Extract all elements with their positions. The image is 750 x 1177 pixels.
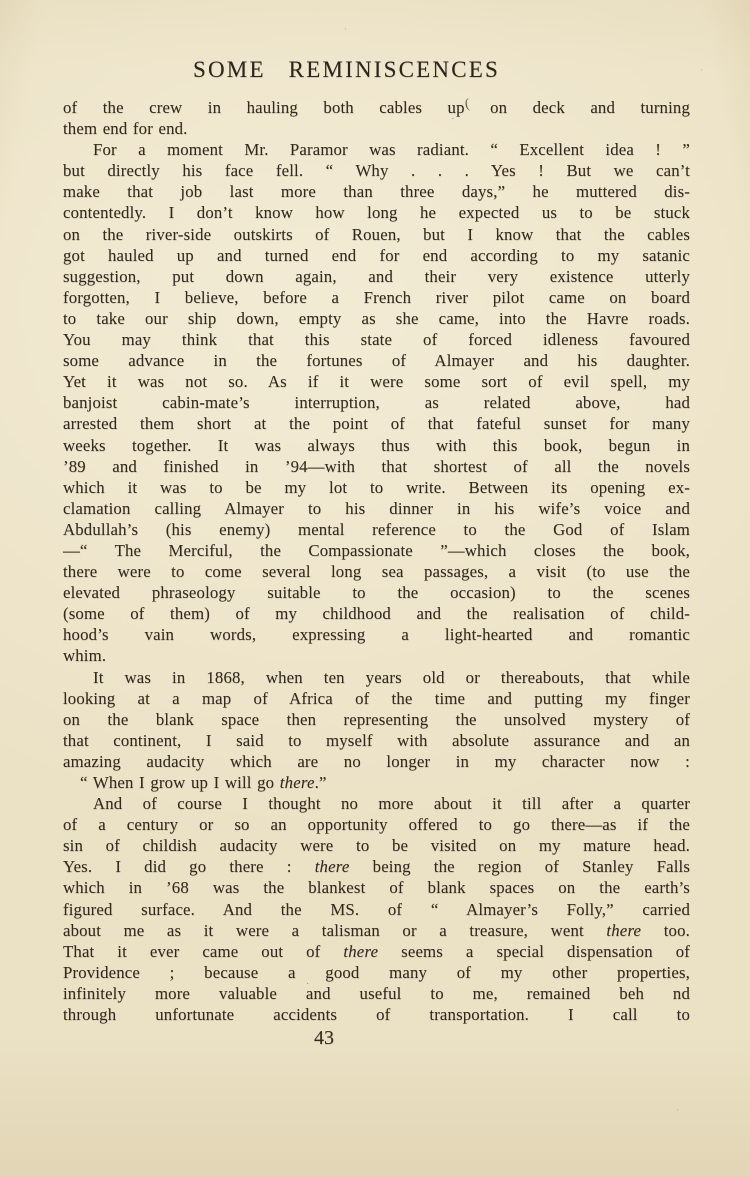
page-number: 43 [306,1027,342,1050]
text-line: through unfortunate accidents of transpo… [63,1004,690,1025]
text-line: which in ’68 was the blankest of blank s… [63,877,690,898]
text-line: clamation calling Almayer to his dinner … [63,498,690,519]
text-line: You may think that this state of forced … [63,329,690,350]
text-line: got hauled up and turned end for end acc… [63,245,690,266]
text-line: some advance in the fortunes of Almayer … [63,350,690,371]
paragraph: It was in 1868, when ten years old or th… [63,667,690,772]
text-line: Yet it was not so. As if it were some so… [63,371,690,392]
text-line: elevated phraseology suitable to the occ… [63,582,690,603]
text-line: there were to come several long sea pass… [63,561,690,582]
text-line: looking at a map of Africa of the time a… [63,688,690,709]
text-line: them end for end. [63,118,690,139]
text-line: ’89 and finished in ’94—with that shorte… [63,456,690,477]
text-line: weeks together. It was always thus with … [63,435,690,456]
text-line: That it ever came out of there seems a s… [63,941,690,962]
text-line: whim. [63,645,690,666]
text-line: infinitely more valuable and useful to m… [63,983,690,1004]
text-line: that continent, I said to myself with ab… [63,730,690,751]
text-line: “ When I grow up I will go there.” [63,772,690,793]
paragraph: “ When I grow up I will go there.” [63,772,690,793]
text-line: of a century or so an opportunity offere… [63,814,690,835]
text-line: It was in 1868, when ten years old or th… [63,667,690,688]
text-line: Abdullah’s (his enemy) mental reference … [63,519,690,540]
text-line: (some of them) of my childhood and the r… [63,603,690,624]
paragraph: And of course I thought no more about it… [63,793,690,1025]
text-line: arrested them short at the point of that… [63,413,690,434]
text-line: sin of childish audacity were to be visi… [63,835,690,856]
body-text: of the crew in hauling both cables up on… [63,97,690,1025]
book-page: SOME REMINISCENCES of the crew in haulin… [0,0,750,1177]
text-line: which it was to be my lot to write. Betw… [63,477,690,498]
text-line: about me as it were a talisman or a trea… [63,920,690,941]
text-line: figured surface. And the MS. of “ Almaye… [63,899,690,920]
text-line: —“ The Merciful, the Compassionate ”—whi… [63,540,690,561]
text-line: make that job last more than three days,… [63,181,690,202]
text-line: forgotten, I believe, before a French ri… [63,287,690,308]
text-line: contentedly. I don’t know how long he ex… [63,202,690,223]
text-line: to take our ship down, empty as she came… [63,308,690,329]
text-line: Providence ; because a good many of my o… [63,962,690,983]
paragraph: For a moment Mr. Paramor was radiant. “ … [63,139,690,666]
paragraph: of the crew in hauling both cables up on… [63,97,690,139]
text-line: And of course I thought no more about it… [63,793,690,814]
text-line: but directly his face fell. “ Why . . . … [63,160,690,181]
text-line: suggestion, put down again, and their ve… [63,266,690,287]
text-line: hood’s vain words, expressing a light-he… [63,624,690,645]
ink-speck: · [344,25,347,34]
text-line: Yes. I did go there : there being the re… [63,856,690,877]
page-header-title: SOME REMINISCENCES [33,57,660,83]
text-line: banjoist cabin-mate’s interruption, as r… [63,392,690,413]
text-line: on the river-side outskirts of Rouen, bu… [63,224,690,245]
text-line: amazing audacity which are no longer in … [63,751,690,772]
text-line: For a moment Mr. Paramor was radiant. “ … [63,139,690,160]
ink-speck: · [676,1106,679,1115]
ink-speck: · [700,66,703,75]
text-line: of the crew in hauling both cables up on… [63,97,690,118]
text-line: on the blank space then representing the… [63,709,690,730]
